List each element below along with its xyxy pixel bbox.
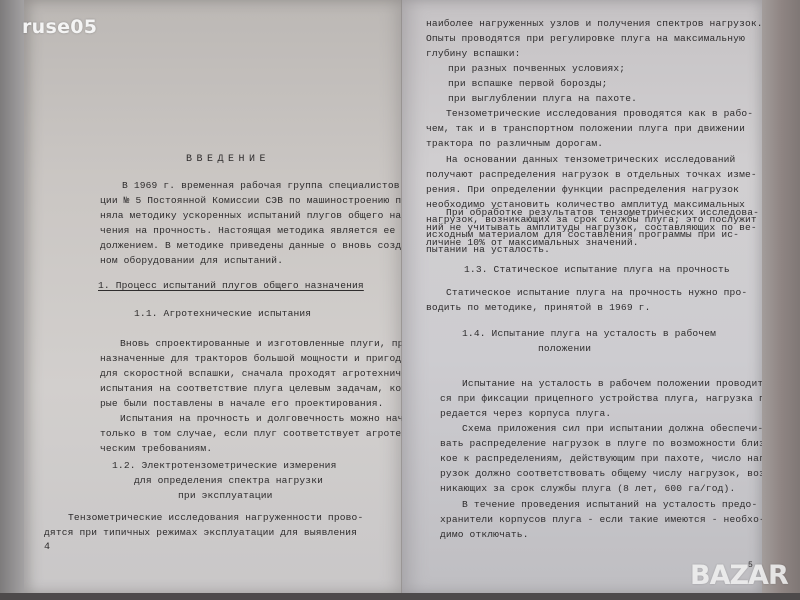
text-line: положении	[538, 341, 591, 356]
text-line: кое к распределениям, действующим при па…	[440, 451, 771, 466]
text-line: никающих за срок службы плуга (8 лет, 60…	[440, 481, 735, 496]
text-line: личине 10% от максимальных значений.	[426, 235, 639, 250]
text-line: чем, так и в транспортном положении плуг…	[426, 121, 745, 136]
text-line: ся при фиксации прицепного устройства пл…	[440, 391, 777, 406]
text-line: Испытание на усталость в рабочем положен…	[462, 376, 769, 391]
text-line: водить по методике, принятой в 1969 г.	[426, 300, 650, 315]
page-number: 4	[44, 540, 50, 555]
text-line: ческим требованиям.	[100, 441, 212, 456]
text-line: получают распределения нагрузок в отдель…	[426, 167, 757, 182]
text-line: рузок должно соответствовать общему числ…	[440, 466, 771, 481]
text-line: На основании данных тензометрических исс…	[446, 152, 735, 167]
text-line: Тензометрические исследования проводятся…	[446, 106, 753, 121]
text-line: рения. При определении функции распредел…	[426, 182, 739, 197]
text-line: няла методику ускоренных испытаний плуго…	[100, 208, 425, 223]
text-line: трактора по различным дорогам.	[426, 136, 603, 151]
text-line: только в том случае, если плуг соответст…	[100, 426, 425, 441]
text-line: назначенные для тракторов большой мощнос…	[100, 351, 419, 366]
text-line: Тензометрические исследования нагруженно…	[68, 510, 363, 525]
text-line: димо отключать.	[440, 527, 529, 542]
text-line: При обработке результатов тензометрическ…	[446, 205, 759, 220]
text-line: ном оборудовании для испытаний.	[100, 253, 283, 268]
section-heading-1: 1. Процесс испытаний плугов общего назна…	[98, 278, 364, 293]
section-heading-1-3: 1.3. Статическое испытание плуга на проч…	[464, 262, 730, 277]
text-line: наиболее нагруженных узлов и получения с…	[426, 16, 763, 31]
text-line: В течение проведения испытаний на устало…	[462, 497, 757, 512]
text-line: при эксплуатации	[178, 488, 273, 503]
text-line: В 1969 г. временная рабочая группа специ…	[122, 178, 429, 193]
right-page: наиболее нагруженных узлов и получения с…	[402, 0, 762, 594]
text-line: Схема приложения сил при испытании должн…	[462, 421, 763, 436]
seller-watermark: ruse05	[22, 16, 97, 38]
table-edge	[762, 0, 800, 600]
text-line: испытания на соответствие плуга целевым …	[100, 381, 419, 396]
text-line: Статическое испытание плуга на прочность…	[446, 285, 747, 300]
text-line: редается через корпуса плуга.	[440, 406, 611, 421]
text-line: ний не учитывать амплитуды нагрузок, сос…	[426, 220, 757, 235]
text-line: вать распределение нагрузок в плуге по в…	[440, 436, 771, 451]
bottom-shadow	[0, 593, 800, 600]
text-line: 1.4. Испытание плуга на усталость в рабо…	[462, 326, 716, 341]
text-line: 1.2. Электротензометрические измерения	[112, 458, 336, 473]
text-line: Вновь спроектированные и изготовленные п…	[120, 336, 421, 351]
list-item: при вспашке первой борозды;	[448, 76, 608, 91]
text-line: чения на прочность. Настоящая методика я…	[100, 223, 425, 238]
text-line: должением. В методике приведены данные о…	[100, 238, 419, 253]
text-line: дятся при типичных режимах эксплуатации …	[44, 525, 357, 540]
list-item: при разных почвенных условиях;	[448, 61, 625, 76]
list-item: при выглублении плуга на пахоте.	[448, 91, 637, 106]
text-line: ции № 5 Постоянной Комиссии СЭВ по машин…	[100, 193, 419, 208]
text-line: хранители корпусов плуга - если такие им…	[440, 512, 765, 527]
bazar-logo: BAZAR	[690, 560, 788, 591]
text-line: для определения спектра нагрузки	[134, 473, 323, 488]
text-line: Опыты проводятся при регулировке плуга н…	[426, 31, 745, 46]
left-page: ВВЕДЕНИЕ В 1969 г. временная рабочая гру…	[24, 0, 402, 594]
text-line: для скоростной вспашки, сначала проходят…	[100, 366, 431, 381]
text-line: рые были поставлены в начале его проекти…	[100, 396, 384, 411]
section-heading-1-1: 1.1. Агротехнические испытания	[134, 306, 311, 321]
page-title: ВВЕДЕНИЕ	[186, 152, 270, 167]
text-line: Испытания на прочность и долговечность м…	[120, 411, 421, 426]
text-line: глубину вспашки:	[426, 46, 521, 61]
